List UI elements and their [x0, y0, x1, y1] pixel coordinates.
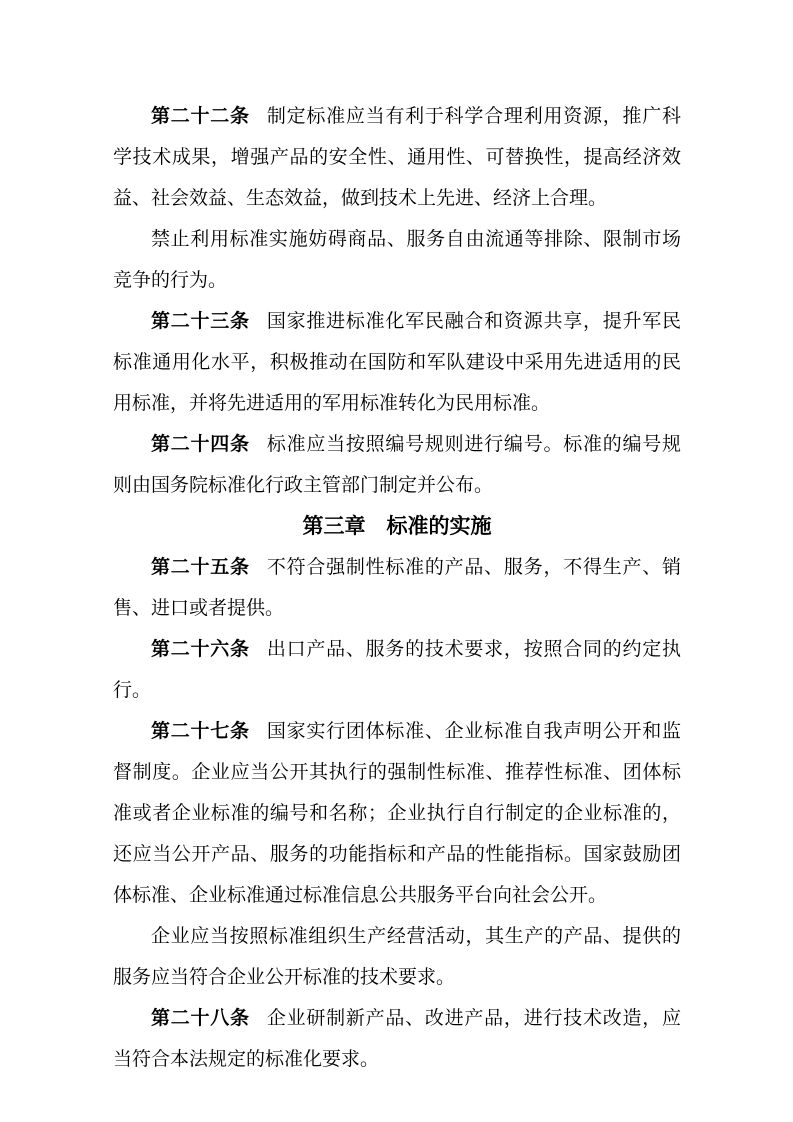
article-number: 第二十八条	[151, 1008, 250, 1029]
law-article-paragraph: 第二十四条标准应当按照编号规则进行编号。标准的编号规则由国务院标准化行政主管部门…	[113, 424, 681, 506]
article-text: 企业应当按照标准组织生产经营活动，其生产的产品、提供的服务应当符合企业公开标准的…	[113, 926, 681, 988]
article-number: 第二十六条	[151, 639, 250, 660]
chapter-heading: 第三章 标准的实施	[113, 506, 681, 547]
law-article-paragraph: 第二十六条出口产品、服务的技术要求，按照合同的约定执行。	[113, 629, 681, 711]
article-number: 第二十四条	[151, 434, 250, 455]
law-article-paragraph: 第二十八条企业研制新产品、改进产品，进行技术改造，应当符合本法规定的标准化要求。	[113, 998, 681, 1080]
article-number: 第二十五条	[151, 557, 250, 578]
law-article-paragraph: 第二十三条国家推进标准化军民融合和资源共享，提升军民标准通用化水平，积极推动在国…	[113, 301, 681, 424]
article-number: 第二十二条	[151, 106, 250, 127]
law-article-paragraph: 第二十七条国家实行团体标准、企业标准自我声明公开和监督制度。企业应当公开其执行的…	[113, 711, 681, 916]
article-text: 禁止利用标准实施妨碍商品、服务自由流通等排除、限制市场竞争的行为。	[113, 229, 681, 291]
law-article-paragraph: 第二十五条不符合强制性标准的产品、服务，不得生产、销售、进口或者提供。	[113, 547, 681, 629]
law-article-paragraph: 禁止利用标准实施妨碍商品、服务自由流通等排除、限制市场竞争的行为。	[113, 219, 681, 301]
article-number: 第二十三条	[151, 311, 250, 332]
law-article-paragraph: 企业应当按照标准组织生产经营活动，其生产的产品、提供的服务应当符合企业公开标准的…	[113, 916, 681, 998]
law-article-paragraph: 第二十二条制定标准应当有利于科学合理利用资源，推广科学技术成果，增强产品的安全性…	[113, 96, 681, 219]
article-number: 第二十七条	[151, 721, 250, 742]
document-page: 第二十二条制定标准应当有利于科学合理利用资源，推广科学技术成果，增强产品的安全性…	[0, 0, 793, 1122]
article-text: 国家实行团体标准、企业标准自我声明公开和监督制度。企业应当公开其执行的强制性标准…	[113, 721, 681, 906]
